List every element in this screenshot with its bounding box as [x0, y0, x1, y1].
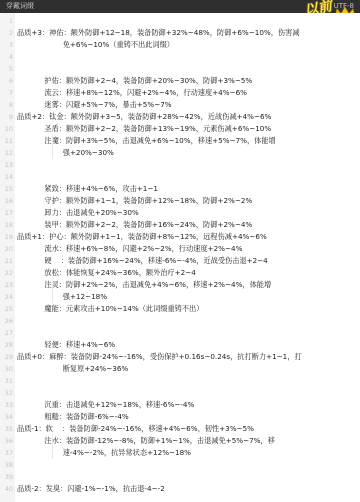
- line-number: 27: [0, 327, 13, 339]
- line-text: 注魔：防御+3%~5%，击退减免+6%~10%，移速+5%~7%，体能增: [17, 135, 276, 147]
- line-number: 39: [0, 471, 13, 483]
- line-text: 强+20%~30%: [17, 147, 114, 159]
- line-number: 38: [0, 459, 13, 471]
- line-number: 9: [0, 111, 13, 123]
- line-number: 28: [0, 339, 13, 351]
- text-editor[interactable]: 12品质+3：神佑：额外防御+12~18，装备防御+32%~48%，防御+6%~…: [0, 13, 360, 502]
- editor-line[interactable]: 15 紧致：移速+4%~6%，攻击+1~1: [0, 183, 360, 195]
- editor-line[interactable]: 30 断复原+24%~36%: [0, 363, 360, 375]
- editor-line[interactable]: 4: [0, 51, 360, 63]
- editor-line[interactable]: 19品质+1：护心：额外防御+1~1，装备防御+8%~12%，远程伤减+4%~6…: [0, 231, 360, 243]
- line-number: 35: [0, 423, 13, 435]
- indent-guide: [52, 135, 53, 159]
- editor-line[interactable]: 14: [0, 171, 360, 183]
- editor-line[interactable]: 29品质+0：麻醉：装备防御-24%~-16%，受伤保护+0.16s~0.24s…: [0, 351, 360, 363]
- line-number: 12: [0, 147, 13, 159]
- editor-line[interactable]: 6 护佑：额外防御+2~4，装备防御+20%~30%，防御+3%~5%: [0, 75, 360, 87]
- line-text: 断复原+24%~36%: [17, 363, 128, 375]
- editor-line[interactable]: 24 强+12~18%: [0, 291, 360, 303]
- line-text: 品质+3：神佑：额外防御+12~18，装备防御+32%~48%，防御+6%~10…: [17, 27, 299, 39]
- editor-line[interactable]: 2品质+3：神佑：额外防御+12~18，装备防御+32%~48%，防御+6%~1…: [0, 27, 360, 39]
- editor-line[interactable]: 35品质-1：软 ：装备防御-24%~-16%，移速+4%~6%，韧性+3%~5…: [0, 423, 360, 435]
- editor-line[interactable]: 33 沉重：击退减免+12%~18%，移速-6%~-4%: [0, 399, 360, 411]
- editor-line[interactable]: 27: [0, 327, 360, 339]
- line-number: 40: [0, 483, 13, 495]
- editor-line[interactable]: 26: [0, 315, 360, 327]
- line-text: 品质-1：软 ：装备防御-24%~-16%，移速+4%~6%，韧性+3%~5%: [17, 423, 254, 435]
- line-number: 11: [0, 135, 13, 147]
- editor-line[interactable]: 22 放松：体能恢复+24%~36%，额外治疗+2~4: [0, 267, 360, 279]
- line-number: 14: [0, 171, 13, 183]
- editor-line[interactable]: 3 免+6%~10%（重铸不出此词缀）: [0, 39, 360, 51]
- line-number: 33: [0, 399, 13, 411]
- editor-line[interactable]: 37 速-4%~-2%，抗异常状态+12%~18%: [0, 447, 360, 459]
- line-number: 21: [0, 255, 13, 267]
- line-number: 7: [0, 87, 13, 99]
- editor-line[interactable]: 25 魔能：元素攻击+10%~14%（此词缀重铸不出）: [0, 303, 360, 315]
- editor-line[interactable]: 28 轻便：移速+4%~6%: [0, 339, 360, 351]
- line-text: 粗糙：装备防御-6%~-4%: [17, 411, 129, 423]
- line-text: 品质-2：发臭：闪避-1%~-1%，抗击退-4~-2: [17, 483, 165, 495]
- window-title: 穿戴词缀: [6, 2, 34, 10]
- line-number: 24: [0, 291, 13, 303]
- line-number: 6: [0, 75, 13, 87]
- editor-line[interactable]: 8 迷雾：闪避+5%~7%，暴击+5%~7%: [0, 99, 360, 111]
- line-text: 注灵：防御+2%~2%，击退减免+4%~6%，移速+2%~4%，体能增: [17, 279, 271, 291]
- line-number: 31: [0, 375, 13, 387]
- line-text: 守护：额外防御+1~1，装备防御+12%~18%，防御+2%~2%: [17, 195, 252, 207]
- line-text: 紧致：移速+4%~6%，攻击+1~1: [17, 183, 158, 195]
- editor-line[interactable]: 32: [0, 387, 360, 399]
- editor-line[interactable]: 1: [0, 15, 360, 27]
- line-number: 2: [0, 27, 13, 39]
- line-number: 37: [0, 447, 13, 459]
- line-text: 轻便：移速+4%~6%: [17, 339, 115, 351]
- line-text: 卸力：击退减免+20%~30%: [17, 207, 139, 219]
- line-number: 34: [0, 411, 13, 423]
- editor-line[interactable]: 10 圣盾：额外防御+2~2，装备防御+13%~19%，元素伤减+6%~10%: [0, 123, 360, 135]
- editor-line[interactable]: 11 注魔：防御+3%~5%，击退减免+6%~10%，移速+5%~7%，体能增: [0, 135, 360, 147]
- line-number: 4: [0, 51, 13, 63]
- editor-line[interactable]: 13: [0, 159, 360, 171]
- line-number: 5: [0, 63, 13, 75]
- line-number: 1: [0, 15, 13, 27]
- line-text: 注水：装备防御-12%~-8%，防御+1%~1%，击退减免+5%~7%，移: [17, 435, 275, 447]
- line-text: 品质+1：护心：额外防御+1~1，装备防御+8%~12%，远程伤减+4%~6%: [17, 231, 267, 243]
- line-number: 25: [0, 303, 13, 315]
- line-number: 18: [0, 219, 13, 231]
- line-number: 17: [0, 207, 13, 219]
- line-number: 23: [0, 279, 13, 291]
- line-text: 免+6%~10%（重铸不出此词缀）: [17, 39, 174, 51]
- line-number: 22: [0, 267, 13, 279]
- line-number: 29: [0, 351, 13, 363]
- line-text: 流云：移速+8%~12%，闪避+2%~4%，行动速度+4%~6%: [17, 87, 247, 99]
- editor-line[interactable]: 16 守护：额外防御+1~1，装备防御+12%~18%，防御+2%~2%: [0, 195, 360, 207]
- line-text: 圣盾：额外防御+2~2，装备防御+13%~19%，元素伤减+6%~10%: [17, 123, 271, 135]
- line-text: 品质+2：钛金：额外防御+3~5，装备防御+28%~42%，近战伤减+4%~6%: [17, 111, 271, 123]
- editor-line[interactable]: 38: [0, 459, 360, 471]
- line-number: 15: [0, 183, 13, 195]
- line-number: 8: [0, 99, 13, 111]
- line-text: 速-4%~-2%，抗异常状态+12%~18%: [17, 447, 191, 459]
- editor-line[interactable]: 12 强+20%~30%: [0, 147, 360, 159]
- line-text: 迷雾：闪避+5%~7%，暴击+5%~7%: [17, 99, 172, 111]
- editor-line[interactable]: 36 注水：装备防御-12%~-8%，防御+1%~1%，击退减免+5%~7%，移: [0, 435, 360, 447]
- editor-line[interactable]: 18 装甲：额外防御+2~2，装备防御+16%~24%，防御+2%~4%: [0, 219, 360, 231]
- line-number: 3: [0, 39, 13, 51]
- editor-line[interactable]: 7 流云：移速+8%~12%，闪避+2%~4%，行动速度+4%~6%: [0, 87, 360, 99]
- line-text: 硬 ：装备防御+16%~24%，移速-6%~-4%，近战受伤击退+2~4: [17, 255, 268, 267]
- line-text: 装甲：额外防御+2~2，装备防御+16%~24%，防御+2%~4%: [17, 219, 252, 231]
- indent-guide: [52, 435, 53, 459]
- line-text: 品质+0：麻醉：装备防御-24%~-16%，受伤保护+0.16s~0.24s，抗…: [17, 351, 302, 363]
- editor-line[interactable]: 39: [0, 471, 360, 483]
- editor-line[interactable]: 34 粗糙：装备防御-6%~-4%: [0, 411, 360, 423]
- line-number: 26: [0, 315, 13, 327]
- line-number: 30: [0, 363, 13, 375]
- line-number: 32: [0, 387, 13, 399]
- line-text: 护佑：额外防御+2~4，装备防御+20%~30%，防御+3%~5%: [17, 75, 252, 87]
- line-text: 流水：移速+6%~8%，闪避+2%~2%，行动速度+2%~4%: [17, 243, 242, 255]
- line-number: 19: [0, 231, 13, 243]
- line-number: 16: [0, 195, 13, 207]
- editor-line[interactable]: 17 卸力：击退减免+20%~30%: [0, 207, 360, 219]
- editor-line[interactable]: 20 流水：移速+6%~8%，闪避+2%~2%，行动速度+2%~4%: [0, 243, 360, 255]
- line-text: 沉重：击退减免+12%~18%，移速-6%~-4%: [17, 399, 194, 411]
- editor-line[interactable]: 5: [0, 63, 360, 75]
- editor-line[interactable]: 21 硬 ：装备防御+16%~24%，移速-6%~-4%，近战受伤击退+2~4: [0, 255, 360, 267]
- line-text: 魔能：元素攻击+10%~14%（此词缀重铸不出）: [17, 303, 203, 315]
- line-number: 20: [0, 243, 13, 255]
- line-number: 36: [0, 435, 13, 447]
- indent-guide: [52, 279, 53, 303]
- editor-line[interactable]: 40品质-2：发臭：闪避-1%~-1%，抗击退-4~-2: [0, 483, 360, 495]
- line-number: 13: [0, 159, 13, 171]
- line-text: 强+12~18%: [17, 291, 107, 303]
- editor-line[interactable]: 31: [0, 375, 360, 387]
- line-number: 10: [0, 123, 13, 135]
- editor-line[interactable]: 23 注灵：防御+2%~2%，击退减免+4%~6%，移速+2%~4%，体能增: [0, 279, 360, 291]
- editor-line[interactable]: 9品质+2：钛金：额外防御+3~5，装备防御+28%~42%，近战伤减+4%~6…: [0, 111, 360, 123]
- line-text: 放松：体能恢复+24%~36%，额外治疗+2~4: [17, 267, 196, 279]
